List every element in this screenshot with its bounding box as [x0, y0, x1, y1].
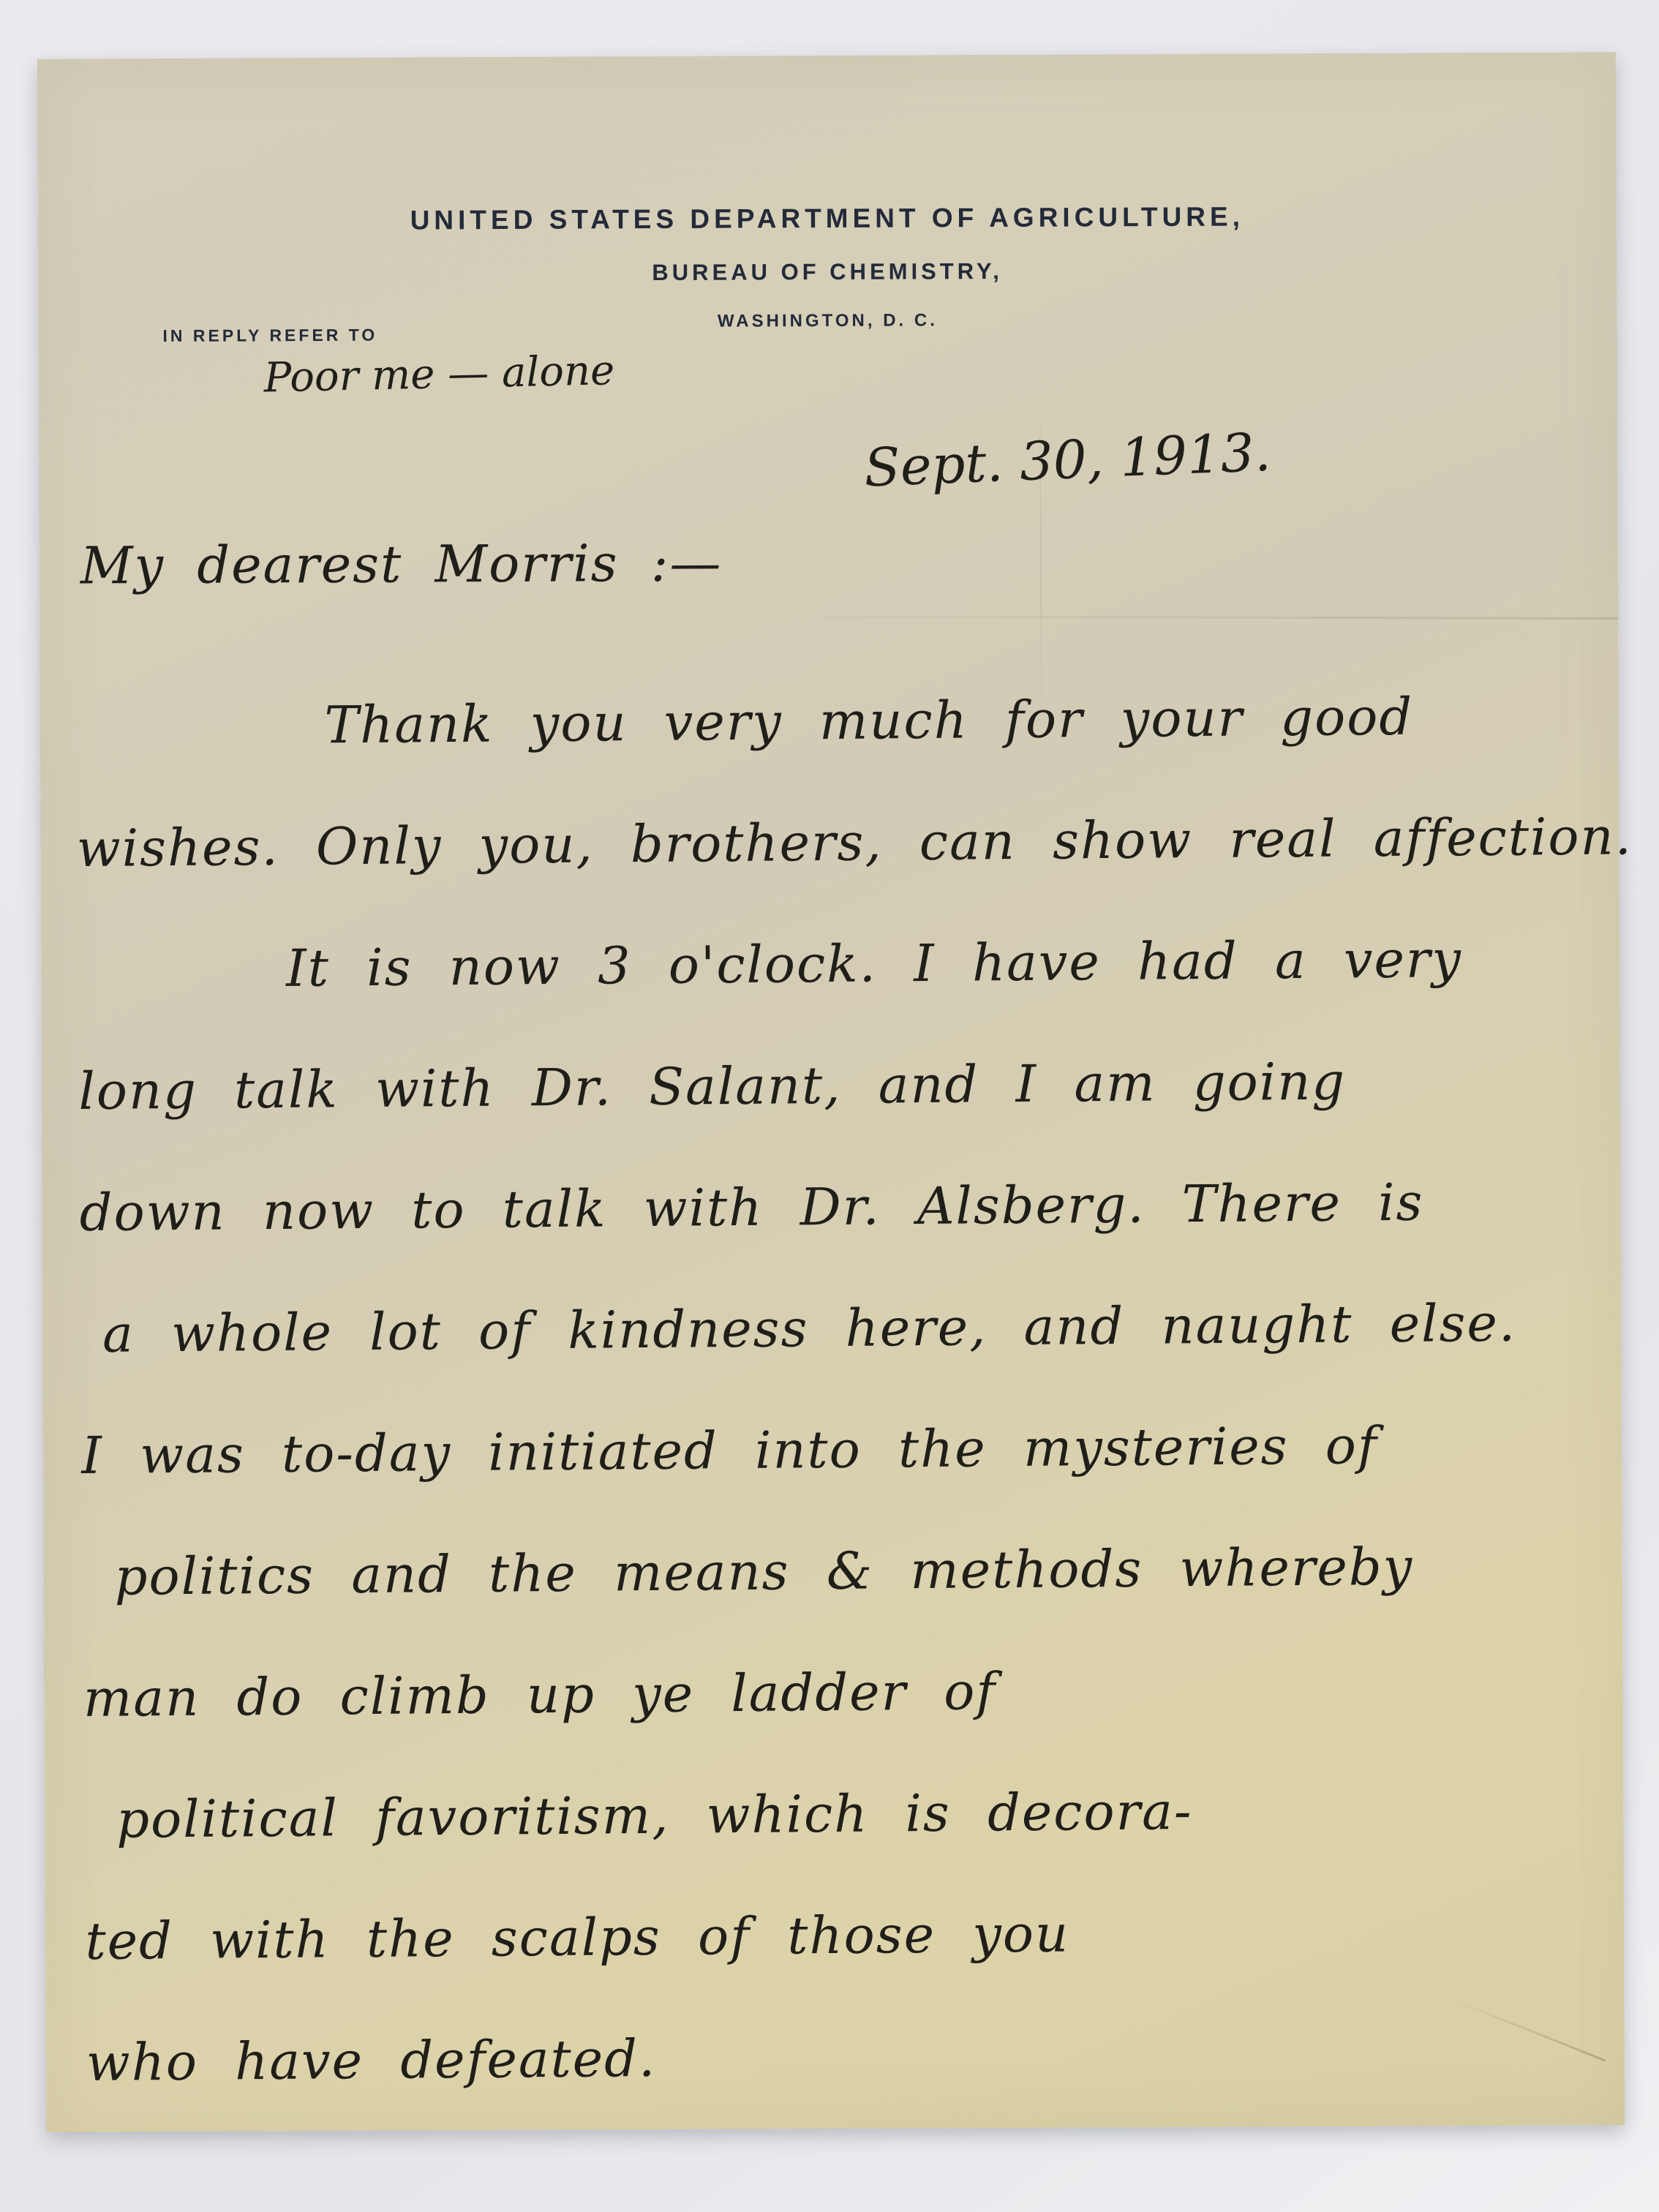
body-line: wishes. Only you, brothers, can show rea…	[76, 802, 1573, 935]
body-line: Thank you very much for your good	[75, 680, 1573, 813]
salutation: My dearest Morris :—	[80, 533, 723, 596]
photo-background: UNITED STATES DEPARTMENT OF AGRICULTURE,…	[0, 0, 1659, 2212]
letterhead-bureau-line: BUREAU OF CHEMISTRY,	[38, 255, 1617, 288]
letter-date: Sept. 30, 1913.	[863, 421, 1272, 499]
body-line: down now to talk with Dr. Alsberg. There…	[79, 1166, 1576, 1299]
letter-paper: UNITED STATES DEPARTMENT OF AGRICULTURE,…	[37, 52, 1625, 2132]
letterhead-department-line: UNITED STATES DEPARTMENT OF AGRICULTURE,	[38, 200, 1617, 237]
body-line: a whole lot of kindness here, and naught…	[80, 1287, 1578, 1421]
body-line: It is now 3 o'clock. I have had a very	[78, 923, 1575, 1056]
body-line: political favoritism, which is decora-	[84, 1773, 1581, 1906]
letter-body: Thank you very much for your good wishes…	[75, 680, 1584, 2149]
fold-crease-horizontal	[639, 614, 1618, 620]
printed-letterhead: UNITED STATES DEPARTMENT OF AGRICULTURE,…	[38, 200, 1617, 334]
body-line: who have defeated.	[86, 2016, 1583, 2149]
reply-refer-handwritten-note: Poor me — alone	[263, 347, 615, 402]
reply-refer-label: IN REPLY REFER TO	[162, 324, 614, 346]
body-line: ted with the scalps of those you	[85, 1895, 1582, 2028]
body-line: politics and the means & methods whereby	[82, 1530, 1579, 1663]
body-line: man do climb up ye ladder of	[83, 1652, 1581, 1785]
body-line: I was to-day initiated into the mysterie…	[81, 1409, 1579, 1542]
reply-refer-block: IN REPLY REFER TO Poor me — alone	[162, 324, 614, 399]
body-line: long talk with Dr. Salant, and I am goin…	[78, 1045, 1576, 1178]
